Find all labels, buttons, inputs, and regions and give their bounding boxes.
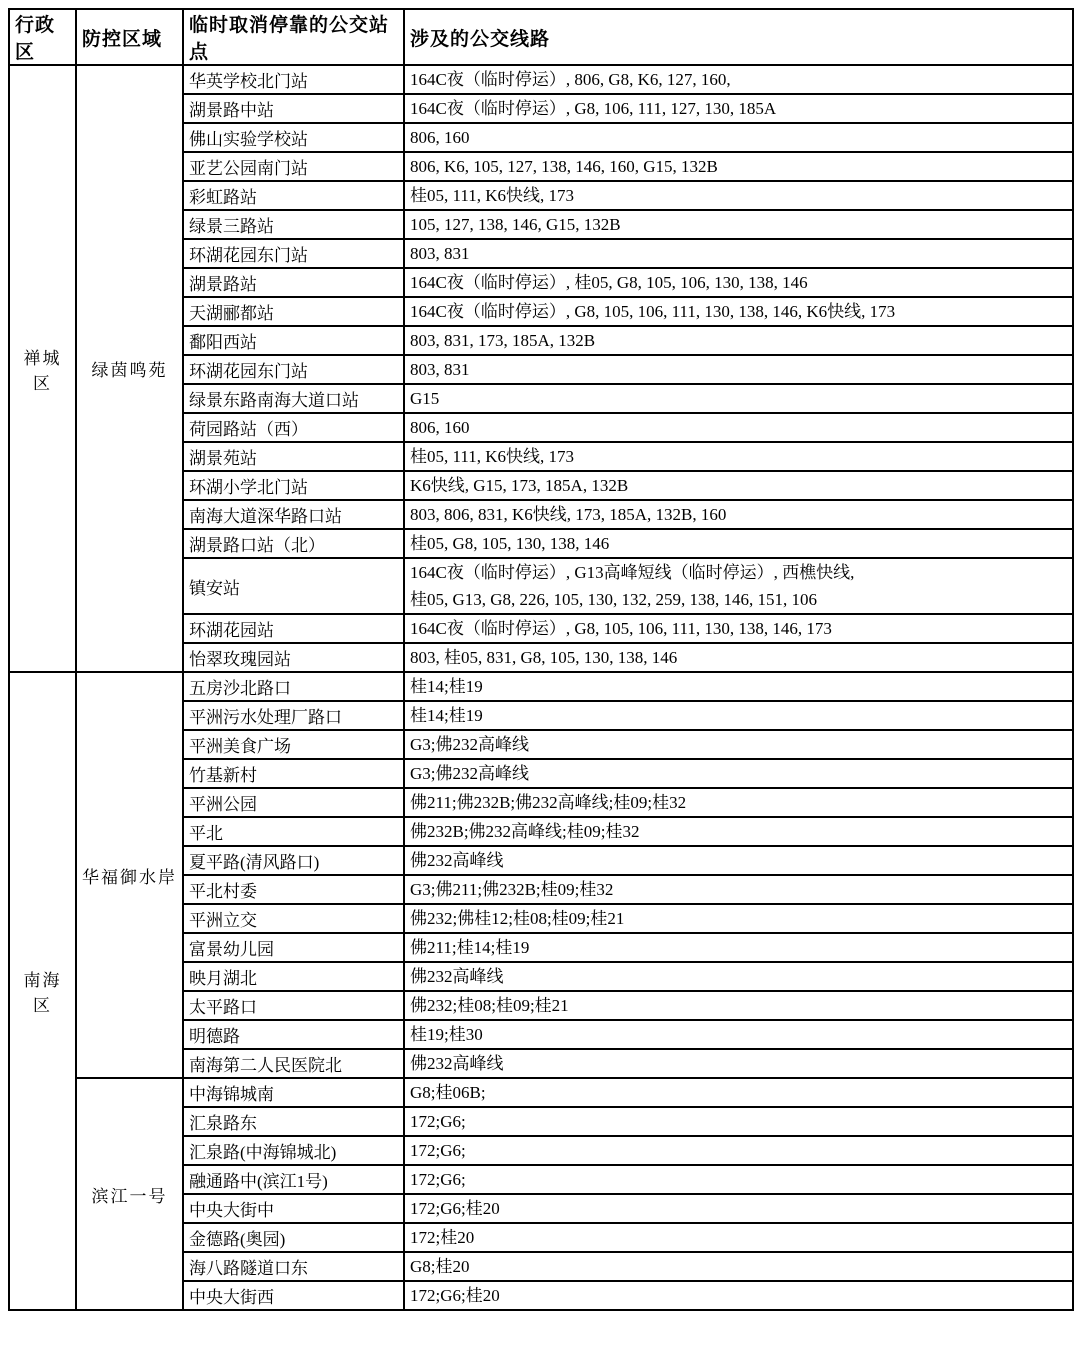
stop-cell: 彩虹路站 — [183, 181, 404, 210]
table-body: 禅城区绿茵鸣苑华英学校北门站164C夜（临时停运）, 806, G8, K6, … — [9, 65, 1073, 1310]
stop-cell: 明德路 — [183, 1020, 404, 1049]
column-header-zone: 防控区域 — [76, 9, 183, 65]
stop-cell: 南海大道深华路口站 — [183, 500, 404, 529]
district-cell: 南海区 — [9, 672, 76, 1310]
lines-cell: 803, 831, 173, 185A, 132B — [404, 326, 1073, 355]
lines-cell: 172;桂20 — [404, 1223, 1073, 1252]
lines-cell: G3;佛232高峰线 — [404, 759, 1073, 788]
zone-cell: 滨江一号 — [76, 1078, 183, 1310]
stop-cell: 华英学校北门站 — [183, 65, 404, 94]
table-row: 禅城区绿茵鸣苑华英学校北门站164C夜（临时停运）, 806, G8, K6, … — [9, 65, 1073, 94]
lines-cell: 803, 831 — [404, 355, 1073, 384]
lines-cell: 164C夜（临时停运）, 806, G8, K6, 127, 160, — [404, 65, 1073, 94]
stop-cell: 五房沙北路口 — [183, 672, 404, 701]
stop-cell: 荷园路站（西） — [183, 413, 404, 442]
lines-cell: 172;G6; — [404, 1107, 1073, 1136]
lines-cell: 桂05, 111, K6快线, 173 — [404, 181, 1073, 210]
stop-cell: 太平路口 — [183, 991, 404, 1020]
lines-cell: G8;桂20 — [404, 1252, 1073, 1281]
lines-cell: 105, 127, 138, 146, G15, 132B — [404, 210, 1073, 239]
stop-cell: 中央大街中 — [183, 1194, 404, 1223]
stop-cell: 中海锦城南 — [183, 1078, 404, 1107]
stop-cell: 海八路隧道口东 — [183, 1252, 404, 1281]
lines-cell: 佛232B;佛232高峰线;桂09;桂32 — [404, 817, 1073, 846]
lines-cell: 172;G6; — [404, 1165, 1073, 1194]
lines-cell: 桂14;桂19 — [404, 672, 1073, 701]
lines-cell: 佛232;桂08;桂09;桂21 — [404, 991, 1073, 1020]
lines-cell: 佛211;佛232B;佛232高峰线;桂09;桂32 — [404, 788, 1073, 817]
lines-cell: 806, K6, 105, 127, 138, 146, 160, G15, 1… — [404, 152, 1073, 181]
table-header-row: 行政区防控区域临时取消停靠的公交站点涉及的公交线路 — [9, 9, 1073, 65]
stop-cell: 鄱阳西站 — [183, 326, 404, 355]
lines-cell: 佛232高峰线 — [404, 1049, 1073, 1078]
lines-cell: 172;G6;桂20 — [404, 1281, 1073, 1310]
stop-cell: 绿景三路站 — [183, 210, 404, 239]
stop-cell: 平洲公园 — [183, 788, 404, 817]
lines-cell: 桂19;桂30 — [404, 1020, 1073, 1049]
stop-cell: 融通路中(滨江1号) — [183, 1165, 404, 1194]
lines-cell: 164C夜（临时停运）, G8, 106, 111, 127, 130, 185… — [404, 94, 1073, 123]
stop-cell: 湖景路口站（北） — [183, 529, 404, 558]
stop-cell: 平洲污水处理厂路口 — [183, 701, 404, 730]
lines-cell: 桂05, G8, 105, 130, 138, 146 — [404, 529, 1073, 558]
stop-cell: 环湖花园东门站 — [183, 239, 404, 268]
table-row: 滨江一号中海锦城南G8;桂06B; — [9, 1078, 1073, 1107]
stop-cell: 怡翠玫瑰园站 — [183, 643, 404, 672]
lines-cell: 803, 桂05, 831, G8, 105, 130, 138, 146 — [404, 643, 1073, 672]
stop-cell: 佛山实验学校站 — [183, 123, 404, 152]
lines-cell: 164C夜（临时停运）, 桂05, G8, 105, 106, 130, 138… — [404, 268, 1073, 297]
lines-cell: 172;G6; — [404, 1136, 1073, 1165]
stop-cell: 环湖小学北门站 — [183, 471, 404, 500]
lines-cell: 桂14;桂19 — [404, 701, 1073, 730]
stop-cell: 汇泉路(中海锦城北) — [183, 1136, 404, 1165]
lines-cell: G8;桂06B; — [404, 1078, 1073, 1107]
lines-cell: 佛232高峰线 — [404, 846, 1073, 875]
lines-cell: 806, 160 — [404, 413, 1073, 442]
stop-cell: 金德路(奥园) — [183, 1223, 404, 1252]
bus-stop-suspension-table: 行政区防控区域临时取消停靠的公交站点涉及的公交线路 禅城区绿茵鸣苑华英学校北门站… — [8, 8, 1074, 1311]
lines-cell: 803, 806, 831, K6快线, 173, 185A, 132B, 16… — [404, 500, 1073, 529]
stop-cell: 平北村委 — [183, 875, 404, 904]
stop-cell: 平北 — [183, 817, 404, 846]
stop-cell: 镇安站 — [183, 558, 404, 614]
column-header-lines: 涉及的公交线路 — [404, 9, 1073, 65]
stop-cell: 富景幼儿园 — [183, 933, 404, 962]
stop-cell: 环湖花园站 — [183, 614, 404, 643]
table-row: 南海区华福御水岸五房沙北路口桂14;桂19 — [9, 672, 1073, 701]
stop-cell: 亚艺公园南门站 — [183, 152, 404, 181]
lines-cell: 164C夜（临时停运）, G8, 105, 106, 111, 130, 138… — [404, 614, 1073, 643]
lines-cell: G15 — [404, 384, 1073, 413]
stop-cell: 天湖郦都站 — [183, 297, 404, 326]
lines-cell: 803, 831 — [404, 239, 1073, 268]
stop-cell: 南海第二人民医院北 — [183, 1049, 404, 1078]
zone-cell: 绿茵鸣苑 — [76, 65, 183, 672]
lines-cell: K6快线, G15, 173, 185A, 132B — [404, 471, 1073, 500]
stop-cell: 中央大街西 — [183, 1281, 404, 1310]
district-cell: 禅城区 — [9, 65, 76, 672]
stop-cell: 竹基新村 — [183, 759, 404, 788]
stop-cell: 绿景东路南海大道口站 — [183, 384, 404, 413]
page: 行政区防控区域临时取消停靠的公交站点涉及的公交线路 禅城区绿茵鸣苑华英学校北门站… — [0, 0, 1080, 1361]
zone-cell: 华福御水岸 — [76, 672, 183, 1078]
stop-cell: 湖景路站 — [183, 268, 404, 297]
lines-cell: 806, 160 — [404, 123, 1073, 152]
lines-cell: G3;佛232高峰线 — [404, 730, 1073, 759]
stop-cell: 平洲美食广场 — [183, 730, 404, 759]
column-header-stop: 临时取消停靠的公交站点 — [183, 9, 404, 65]
lines-cell: 172;G6;桂20 — [404, 1194, 1073, 1223]
lines-cell: 桂05, 111, K6快线, 173 — [404, 442, 1073, 471]
stop-cell: 湖景苑站 — [183, 442, 404, 471]
stop-cell: 湖景路中站 — [183, 94, 404, 123]
lines-cell: 164C夜（临时停运）, G8, 105, 106, 111, 130, 138… — [404, 297, 1073, 326]
stop-cell: 夏平路(清风路口) — [183, 846, 404, 875]
lines-cell: 佛211;桂14;桂19 — [404, 933, 1073, 962]
stop-cell: 平洲立交 — [183, 904, 404, 933]
stop-cell: 汇泉路东 — [183, 1107, 404, 1136]
lines-cell: 佛232高峰线 — [404, 962, 1073, 991]
lines-cell: G3;佛211;佛232B;桂09;桂32 — [404, 875, 1073, 904]
stop-cell: 映月湖北 — [183, 962, 404, 991]
lines-cell: 164C夜（临时停运）, G13高峰短线（临时停运）, 西樵快线, 桂05, G… — [404, 558, 1073, 614]
lines-cell: 佛232;佛桂12;桂08;桂09;桂21 — [404, 904, 1073, 933]
column-header-district: 行政区 — [9, 9, 76, 65]
stop-cell: 环湖花园东门站 — [183, 355, 404, 384]
